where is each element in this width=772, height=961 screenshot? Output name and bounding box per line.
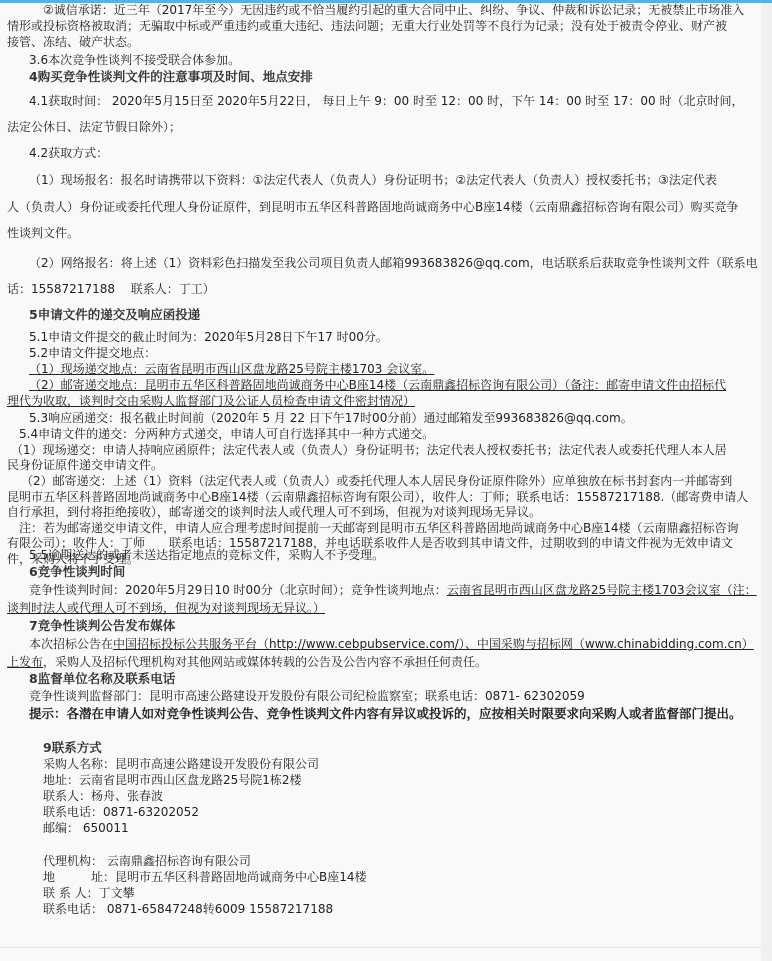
clause-5-4-1-line2: 民身份证原件递交申请文件。 [7,457,163,473]
media-prefix: 本次招标公告在 [29,637,113,651]
agency-contact: 联 系 人：丁文攀 [43,885,135,901]
clause-5-4: 5.4申请文件的递交：分两种方式递交，申请人可自行选择其中一种方式递交。 [19,426,434,442]
purchaser-phone: 联系电话：0871-63202052 [43,804,199,820]
clause-5-3: 5.3响应函递交：报名截止时间前（2020年 5 月 22 日下午17时00分前… [29,410,633,426]
clause-4-2-2-line1: （2）网络报名：将上述（1）资料彩色扫描发至我公司项目负责人邮箱99368382… [29,255,758,271]
clause-5-4-2-line1: （2）邮寄递交：上述（1）资料（法定代表人或（负责人）或委托代理人本人居民身份证… [21,473,732,489]
section-4-heading: 4购买竞争性谈判文件的注意事项及时间、地点安排 [29,69,313,85]
purchaser-contact: 联系人：杨舟、张春波 [43,788,163,804]
media-disclaimer: ，采购人及招标代理机构对其他网站或媒体转载的公告及公告内容不承担任何责任。 [43,655,487,669]
negotiation-time-line1: 竞争性谈判时间：2020年5月29日10 时00分（北京时间）；竞争性谈判地点：… [29,582,757,598]
clause-4-2-2-line2: 话：15587217188 联系人：丁工） [7,281,215,297]
media-line2: 上发布，采购人及招标代理机构对其他网站或媒体转载的公告及公告内容不承担任何责任。 [7,654,487,670]
clause-5-1: 5.1申请文件提交的截止时间为：2020年5月28日下午17 时00分。 [29,329,388,345]
media-publish-link[interactable]: 上发布 [7,655,43,669]
clause-4-1-line1: 4.1获取时间： 2020年5月15日至 2020年5月22日， 每日上午 9：… [29,93,743,109]
section-7-heading: 7竞争性谈判公告发布媒体 [29,618,175,634]
clause-4-2-1-line3: 性谈判文件。 [7,225,79,241]
clause-5-4-2-line2: 昆明市五华区科普路固地尚诚商务中心B座14楼（云南鼎鑫招标咨询有限公司），收件人… [7,489,748,505]
clause-4-2: 4.2获取方式： [29,145,108,161]
clause-5-4-1-line1: （1）现场递交：申请人持响应函原件；法定代表人或（负责人）身份证明书；法定代表人… [11,442,727,458]
negotiation-time-line2: 谈判时法人或代理人可不到场，但视为对谈判现场无异议。） [7,600,325,616]
supervision-dept: 竞争性谈判监督部门：昆明市高速公路建设开发股份有限公司纪检监察室；联系电话：08… [29,688,585,704]
agency-name: 代理机构： 云南鼎鑫招标咨询有限公司 [43,853,251,869]
purchaser-postcode: 邮编： 650011 [43,820,129,836]
bottom-divider [0,947,761,948]
clause-5-4-2-line3: 自行承担，到付将拒绝接收），邮寄递交的谈判时法人或代理人可不到场，但视为对谈判现… [7,504,541,520]
integrity-pledge-line2: 情形或投标资格被取消；无骗取中标或严重违约或重大违纪、违法问题；无重大行业处罚等… [7,18,727,34]
clause-4-1-line2: 法定公休日、法定节假日除外）； [7,119,181,135]
scrollbar-track[interactable] [761,3,772,961]
purchaser-name: 采购人名称：昆明市高速公路建设开发股份有限公司 [43,756,319,772]
clause-5-2: 5.2申请文件提交地点： [29,345,156,361]
negotiation-location: 云南省昆明市西山区盘龙路25号院主楼1703会议室（注： [447,583,757,597]
agency-phone: 联系电话： 0871-65847248转6009 15587217188 [43,901,333,917]
clause-5-5: 5.5逾期送达的或者未送达指定地点的竞标文件，采购人不予受理。 [29,547,384,563]
media-line1: 本次招标公告在中国招标投标公共服务平台（http://www.cebpubser… [29,636,754,652]
clause-4-2-1-line2: 人（负责人）身份证或委托代理人身份证原件，到昆明市五华区科普路固地尚诚商务中心B… [7,199,739,215]
clause-5-2-2-line1: （2）邮寄递交地点：昆明市五华区科普路固地尚诚商务中心B座14楼（云南鼎鑫招标咨… [29,377,726,393]
section-8-heading: 8监督单位名称及联系电话 [29,671,175,687]
section-6-heading: 6竞争性谈判时间 [29,564,125,580]
negotiation-time-text: 竞争性谈判时间：2020年5月29日10 时00分（北京时间）；竞争性谈判地点： [29,583,447,597]
note-line1: 注：若为邮寄递交申请文件，申请人应合理考虑时间提前一天邮寄到昆明市五华区科普路固… [19,520,739,536]
clause-3-6: 3.6本次竞争性谈判不接受联合体参加。 [29,52,240,68]
clause-5-2-2-line2: 理代为收取，谈判时交由采购人监督部门及公证人员检查申请文件密封情况） [7,393,415,409]
objection-tip: 提示：各潜在申请人如对竞争性谈判公告、竞争性谈判文件内容有异议或投诉的，应按相关… [29,706,742,722]
purchaser-address: 地址：云南省昆明市西山区盘龙路25号院1栋2楼 [43,772,302,788]
section-5-heading: 5申请文件的递交及响应函投递 [29,307,200,323]
integrity-pledge-line3: 接管、冻结、破产状态。 [7,34,139,50]
clause-5-2-1: （1）现场递交地点：云南省昆明市西山区盘龙路25号院主楼1703 会议室。 [29,361,434,377]
integrity-pledge-line1: ②诚信承诺：近三年（2017年至今）无因违约或不恰当履约引起的重大合同中止、纠纷… [43,2,744,18]
clause-4-2-1-line1: （1）现场报名：报名时请携带以下资料：①法定代表人（负责人）身份证明书；②法定代… [29,172,717,188]
section-9-heading: 9联系方式 [43,740,102,756]
media-platform-links[interactable]: 中国招标投标公共服务平台（http://www.cebpubservice.co… [113,637,754,651]
agency-address: 地 址：昆明市五华区科普路固地尚诚商务中心B座14楼 [43,869,367,885]
